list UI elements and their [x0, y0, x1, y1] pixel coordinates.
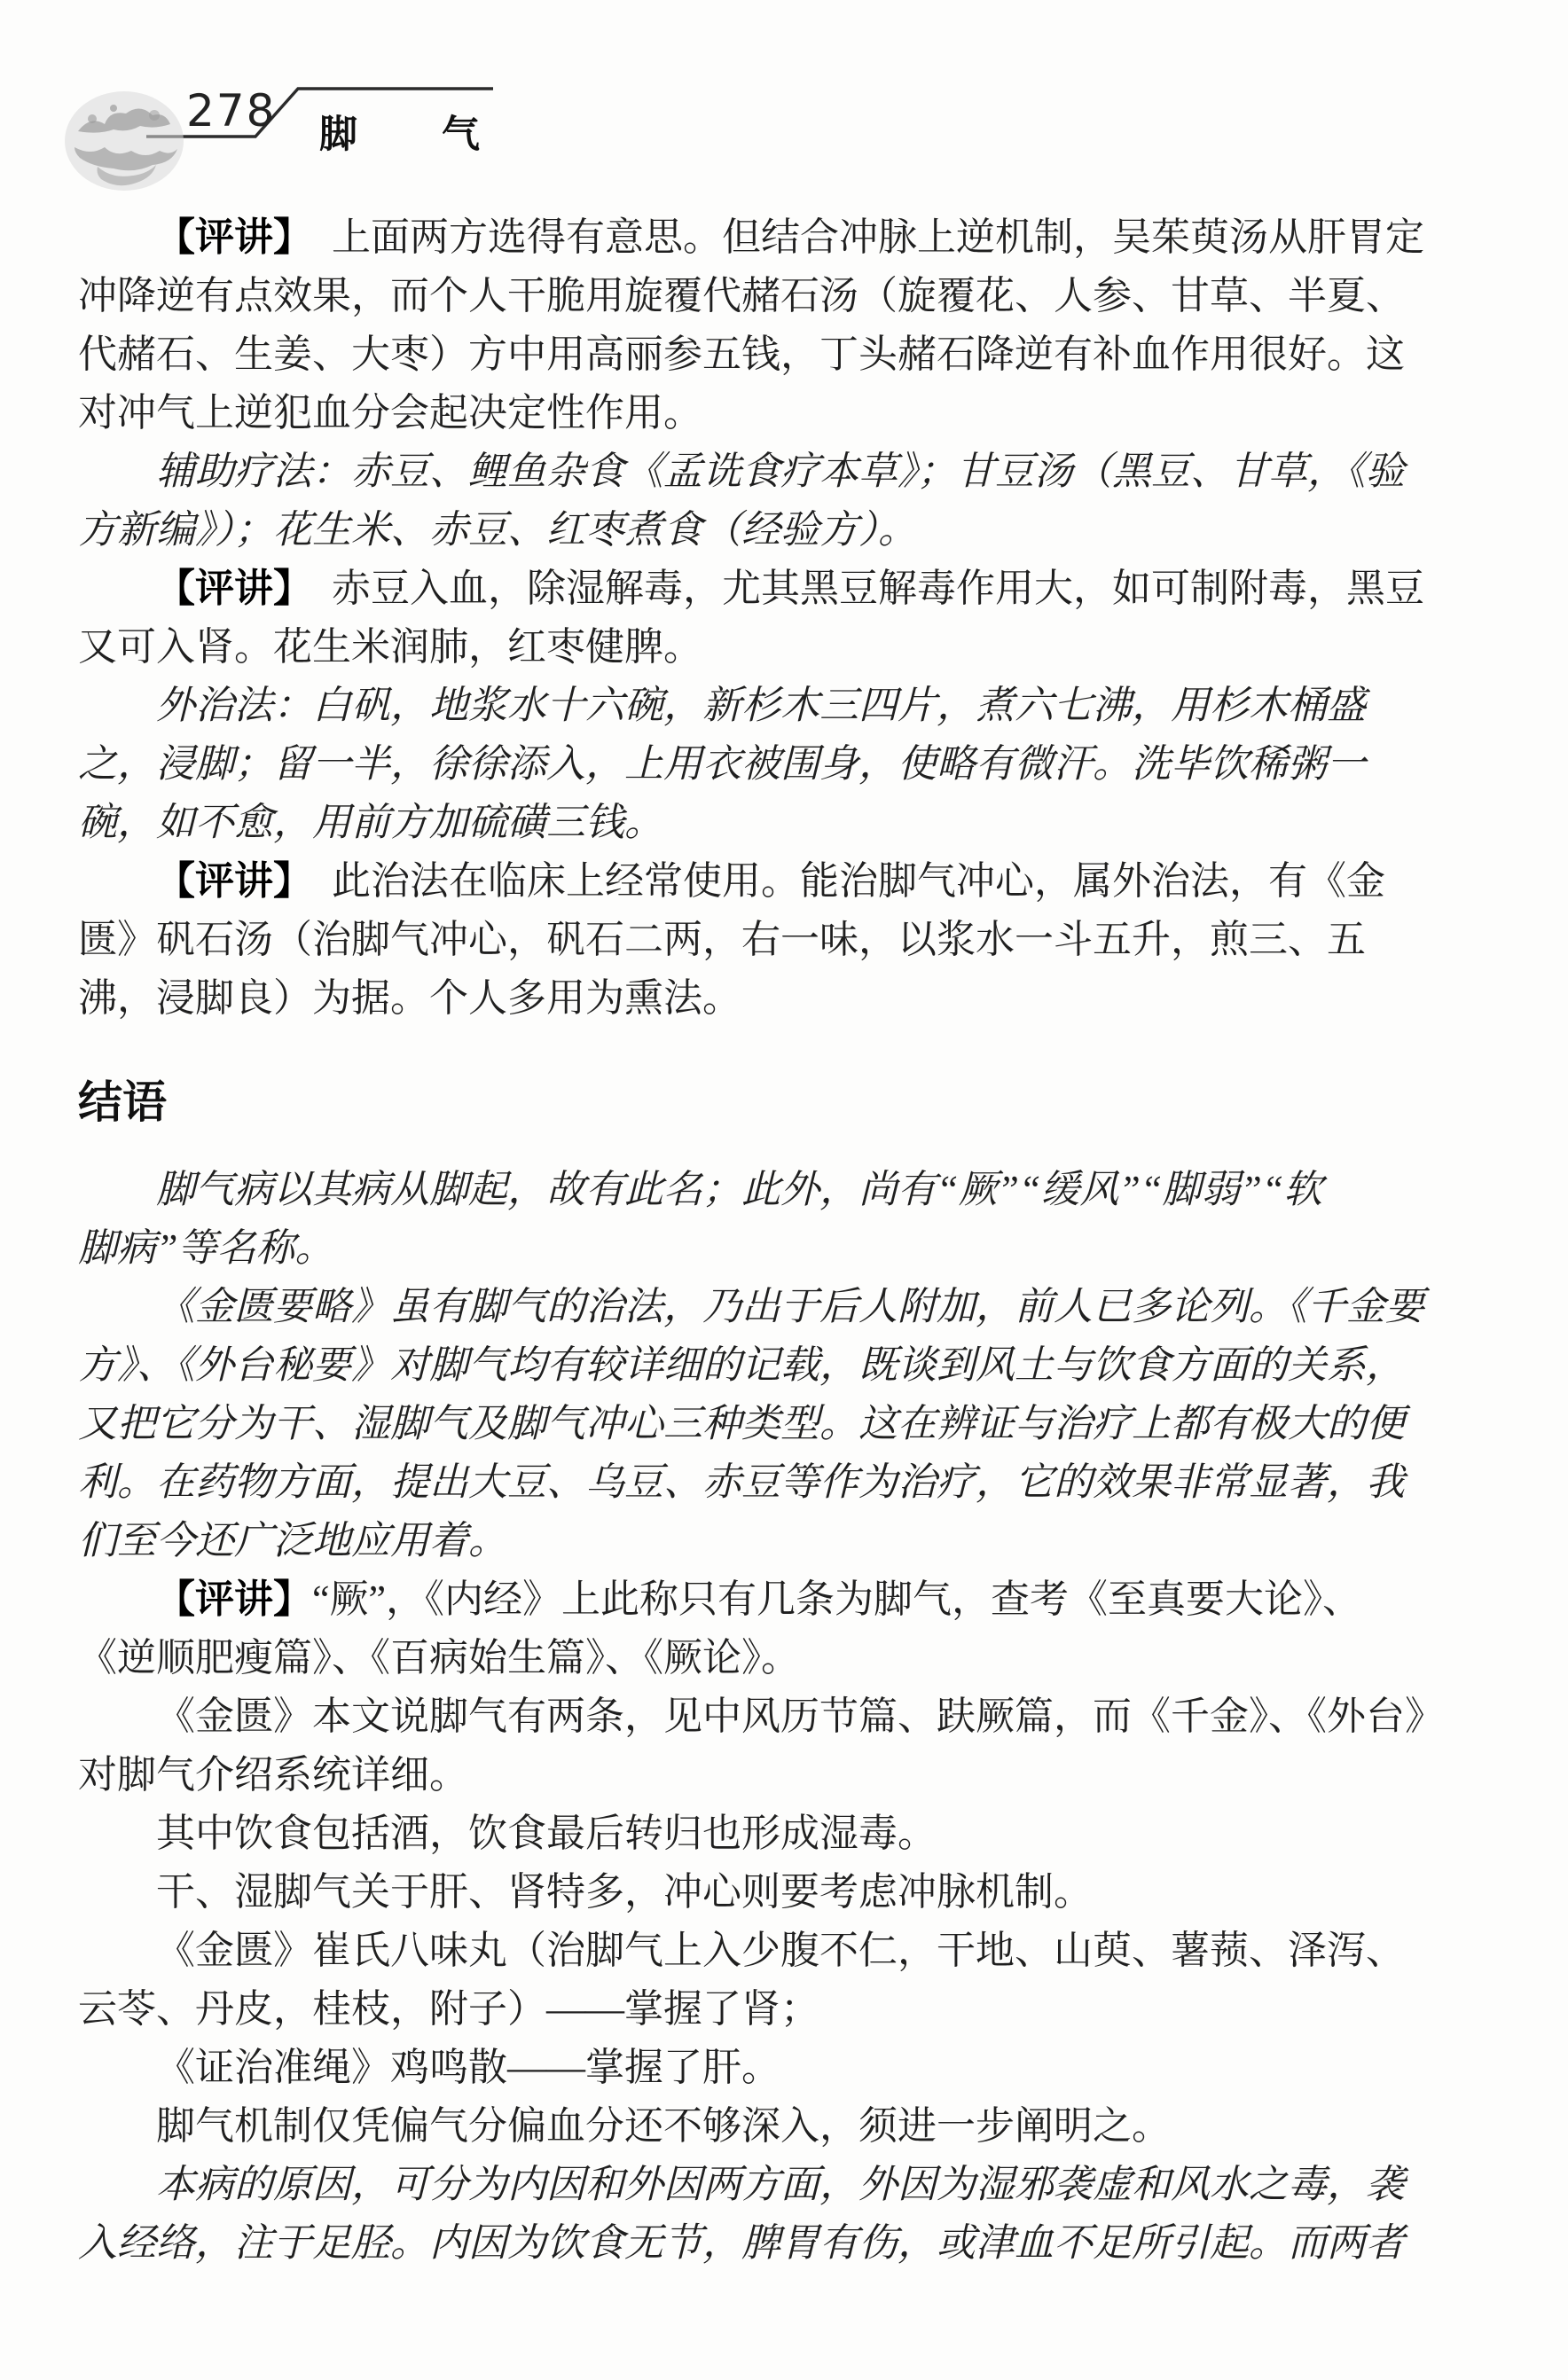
paragraph: 脚气病以其病从脚起，故有此名；此外，尚有“厥”“缓风”“脚弱”“软 脚病”等名称…	[78, 1161, 1499, 1278]
text-run: 赤豆入血，除湿解毒，尤其黑豆解毒作用大，如可制附毒，黑豆	[293, 567, 1424, 610]
text-line: 碗，如不愈，用前方加硫磺三钱。	[78, 794, 1499, 852]
paragraph: 脚气机制仅凭偏气分偏血分还不够深入，须进一步阐明之。	[78, 2097, 1499, 2156]
text-line: 脚气机制仅凭偏气分偏血分还不够深入，须进一步阐明之。	[78, 2097, 1499, 2156]
text-line: 《金匮》崔氏八味丸（治脚气上入少腹不仁，干地、山萸、薯蓣、泽泻、	[78, 1922, 1499, 1980]
comment-label: 【评讲】	[156, 215, 293, 259]
text-line: 【评讲】 此治法在临床上经常使用。能治脚气冲心，属外治法，有《金	[78, 852, 1499, 911]
comment-label: 【评讲】	[156, 859, 293, 903]
text-line: 们至今还广泛地应用着。	[78, 1512, 1499, 1570]
paragraph: 《证治准绳》鸡鸣散——掌握了肝。	[78, 2039, 1499, 2097]
paragraph: 【评讲】 此治法在临床上经常使用。能治脚气冲心，属外治法，有《金 匮》矾石汤（治…	[78, 852, 1499, 1028]
text-line: 沸，浸脚良）为据。个人多用为熏法。	[78, 969, 1499, 1028]
text-line: 【评讲】 赤豆入血，除湿解毒，尤其黑豆解毒作用大，如可制附毒，黑豆	[78, 560, 1499, 618]
paragraph: 【评讲】 赤豆入血，除湿解毒，尤其黑豆解毒作用大，如可制附毒，黑豆 又可入肾。花…	[78, 560, 1499, 677]
decorative-stamp-icon	[62, 89, 188, 193]
paragraph: 《金匮》本文说脚气有两条，见中风历节篇、趺厥篇，而《千金》、《外台》 对脚气介绍…	[78, 1687, 1499, 1805]
text-line: 【评讲】“厥”，《内经》上此称只有几条为脚气，查考《至真要大论》、	[78, 1570, 1499, 1629]
paragraph: 外治法：白矾，地浆水十六碗，新杉木三四片，煮六七沸，用杉木桶盛 之，浸脚；留一半…	[78, 677, 1499, 852]
text-line: 入经络，注于足胫。内因为饮食无节，脾胃有伤，或津血不足所引起。而两者	[78, 2214, 1499, 2273]
text-line: 方》、《外台秘要》对脚气均有较详细的记载，既谈到风土与饮食方面的关系，	[78, 1336, 1499, 1395]
text-line: 对脚气介绍系统详细。	[78, 1746, 1499, 1805]
scanned-book-page: 278 脚 气 【评讲】 上面两方选得有意思。但结合冲脉上逆机制，吴茱萸汤从肝胃…	[0, 0, 1568, 2380]
text-line: 利。在药物方面，提出大豆、乌豆、赤豆等作为治疗，它的效果非常显著，我	[78, 1453, 1499, 1512]
text-line: 云苓、丹皮，桂枝，附子）——掌握了肾；	[78, 1980, 1499, 2039]
paragraph: 本病的原因，可分为内因和外因两方面，外因为湿邪袭虚和风水之毒，袭 入经络，注于足…	[78, 2156, 1499, 2273]
comment-label: 【评讲】	[156, 567, 293, 610]
text-line: 对冲气上逆犯血分会起决定性作用。	[78, 384, 1499, 442]
text-line: 冲降逆有点效果，而个人干脆用旋覆代赭石汤（旋覆花、人参、甘草、半夏、	[78, 267, 1499, 325]
text-line: 之，浸脚；留一半，徐徐添入，上用衣被围身，使略有微汗。洗毕饮稀粥一	[78, 735, 1499, 794]
text-line: 本病的原因，可分为内因和外因两方面，外因为湿邪袭虚和风水之毒，袭	[78, 2156, 1499, 2214]
text-line: 《逆顺肥瘦篇》、《百病始生篇》、《厥论》。	[78, 1629, 1499, 1687]
text-line: 【评讲】 上面两方选得有意思。但结合冲脉上逆机制，吴茱萸汤从肝胃定	[78, 208, 1499, 267]
chapter-title: 脚 气	[319, 105, 503, 159]
section-heading: 结语	[78, 1067, 1499, 1131]
text-run: “厥”，《内经》上此称只有几条为脚气，查考《至真要大论》、	[312, 1578, 1361, 1621]
text-line: 脚病”等名称。	[78, 1219, 1499, 1278]
paragraph: 干、湿脚气关于肝、肾特多，冲心则要考虑冲脉机制。	[78, 1863, 1499, 1922]
text-line: 又可入肾。花生米润肺，红枣健脾。	[78, 618, 1499, 677]
paragraph: 《金匮要略》虽有脚气的治法，乃出于后人附加，前人已多论列。《千金要 方》、《外台…	[78, 1278, 1499, 1570]
page-number: 278	[186, 85, 276, 137]
paragraph: 《金匮》崔氏八味丸（治脚气上入少腹不仁，干地、山萸、薯蓣、泽泻、 云苓、丹皮，桂…	[78, 1922, 1499, 2039]
text-run: 上面两方选得有意思。但结合冲脉上逆机制，吴茱萸汤从肝胃定	[293, 215, 1424, 259]
text-line: 又把它分为干、湿脚气及脚气冲心三种类型。这在辨证与治疗上都有极大的便	[78, 1395, 1499, 1453]
text-line: 方新编》）；花生米、赤豆、红枣煮食（经验方）。	[78, 501, 1499, 560]
paragraph: 【评讲】 上面两方选得有意思。但结合冲脉上逆机制，吴茱萸汤从肝胃定 冲降逆有点效…	[78, 208, 1499, 442]
text-line: 匮》矾石汤（治脚气冲心，矾石二两，右一味，以浆水一斗五升，煎三、五	[78, 911, 1499, 969]
text-line: 《证治准绳》鸡鸣散——掌握了肝。	[78, 2039, 1499, 2097]
text-run: 此治法在临床上经常使用。能治脚气冲心，属外治法，有《金	[293, 859, 1385, 903]
text-line: 《金匮》本文说脚气有两条，见中风历节篇、趺厥篇，而《千金》、《外台》	[78, 1687, 1499, 1746]
page-body: 【评讲】 上面两方选得有意思。但结合冲脉上逆机制，吴茱萸汤从肝胃定 冲降逆有点效…	[78, 208, 1499, 2273]
paragraph: 其中饮食包括酒，饮食最后转归也形成湿毒。	[78, 1805, 1499, 1863]
comment-label: 【评讲】	[156, 1578, 312, 1621]
text-line: 辅助疗法：赤豆、鲤鱼杂食《孟诜食疗本草》；甘豆汤（黑豆、甘草，《验	[78, 442, 1499, 501]
text-line: 干、湿脚气关于肝、肾特多，冲心则要考虑冲脉机制。	[78, 1863, 1499, 1922]
text-line: 脚气病以其病从脚起，故有此名；此外，尚有“厥”“缓风”“脚弱”“软	[78, 1161, 1499, 1219]
paragraph: 【评讲】“厥”，《内经》上此称只有几条为脚气，查考《至真要大论》、 《逆顺肥瘦篇…	[78, 1570, 1499, 1687]
paragraph: 辅助疗法：赤豆、鲤鱼杂食《孟诜食疗本草》；甘豆汤（黑豆、甘草，《验 方新编》）；…	[78, 442, 1499, 560]
text-line: 代赭石、生姜、大枣）方中用高丽参五钱，丁头赭石降逆有补血作用很好。这	[78, 325, 1499, 384]
text-line: 外治法：白矾，地浆水十六碗，新杉木三四片，煮六七沸，用杉木桶盛	[78, 677, 1499, 735]
text-line: 《金匮要略》虽有脚气的治法，乃出于后人附加，前人已多论列。《千金要	[78, 1278, 1499, 1336]
text-line: 其中饮食包括酒，饮食最后转归也形成湿毒。	[78, 1805, 1499, 1863]
